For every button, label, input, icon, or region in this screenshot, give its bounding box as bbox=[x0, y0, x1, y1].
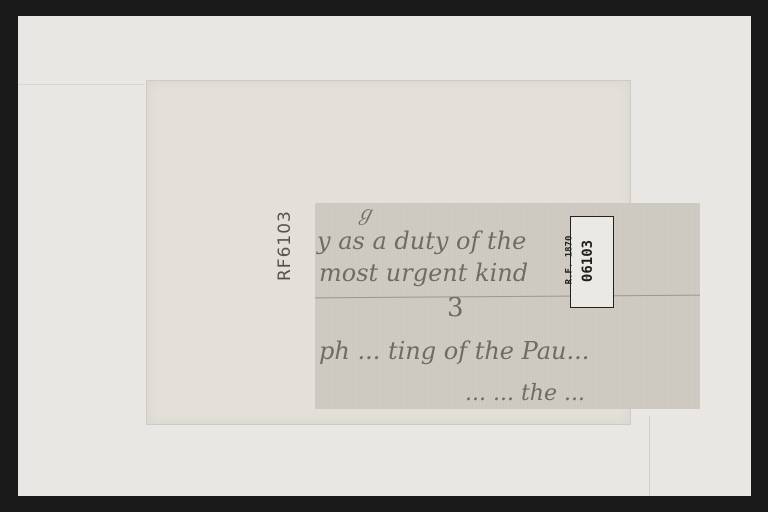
handwriting-line: ... ... the ... bbox=[465, 381, 585, 406]
board-edge-line bbox=[18, 84, 144, 85]
collection-stamp: R.F. 1870 06103 bbox=[570, 216, 614, 308]
passe-partout-mat: RF6103 ℊ y as a duty of the most urgent … bbox=[146, 80, 631, 425]
handwriting-line: y as a duty of the bbox=[317, 227, 526, 255]
mounting-board: RF6103 ℊ y as a duty of the most urgent … bbox=[18, 16, 751, 496]
manuscript-fragment: ℊ y as a duty of the most urgent kind 3 … bbox=[315, 203, 700, 409]
handwriting-fragment: ℊ bbox=[355, 197, 375, 226]
fold-line bbox=[315, 295, 700, 299]
inventory-inscription: RF6103 bbox=[275, 210, 295, 281]
handwriting-line: most urgent kind bbox=[319, 259, 528, 287]
board-edge-line bbox=[649, 416, 650, 496]
page-number: 3 bbox=[447, 293, 464, 323]
stamp-line-2: 06103 bbox=[580, 240, 596, 282]
handwriting-line: ph ... ting of the Pau... bbox=[319, 337, 589, 365]
stamp-line-1: R.F. 1870 bbox=[564, 236, 574, 285]
